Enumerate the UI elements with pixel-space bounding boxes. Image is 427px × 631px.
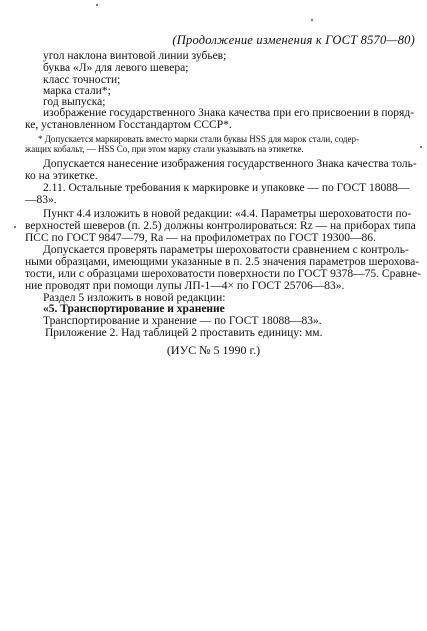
paragraph-line: Приложение 2. Над таблицей 2 проставить …	[45, 327, 322, 339]
document-page: (Продолжение изменения к ГОСТ 8570—80) у…	[0, 0, 427, 631]
paragraph-line: Допускается проверять параметры шерохова…	[43, 244, 409, 256]
paragraph-line: 2.11. Остальные требования к маркировке …	[43, 182, 409, 194]
paragraph-line: ными образцами, имеющими указанные в п. …	[25, 256, 419, 268]
footnote: * Допускается маркировать вместо марки с…	[38, 134, 359, 144]
scan-speck	[96, 4, 98, 6]
paragraph-line: Допускается нанесение изображения госуда…	[43, 158, 417, 170]
list-item: угол наклона винтовой линии зубьев;	[43, 50, 226, 62]
list-item: ке, установленном Госстандартом СССР*.	[25, 119, 232, 131]
list-item: изображение государственного Знака качес…	[43, 107, 414, 119]
source-reference: (ИУС № 5 1990 г.)	[0, 344, 427, 356]
section-heading: «5. Транспортирование и хранение	[43, 303, 225, 315]
scan-speck	[14, 226, 16, 228]
paragraph-line: ко на этикетке.	[25, 170, 98, 182]
paragraph-line: Пункт 4.4 изложить в новой редакции: «4.…	[43, 208, 411, 220]
paragraph-line: верхностей шеверов (п. 2.5) должны контр…	[25, 220, 416, 232]
list-item: буква «Л» для левого шевера;	[43, 62, 188, 74]
footnote: жащих кобальт, — HSS Co, при этом марку …	[25, 144, 304, 154]
paragraph-line: —83».	[25, 194, 57, 206]
paragraph-line: ние проводят при помощи лупы ЛП-1—4× по …	[25, 280, 344, 292]
paragraph-line: тости, или с образцами шероховатости пов…	[25, 268, 421, 280]
page-header: (Продолжение изменения к ГОСТ 8570—80)	[172, 33, 415, 48]
paragraph-line: Транспортирование и хранение — по ГОСТ 1…	[43, 315, 322, 327]
scan-speck	[311, 19, 313, 21]
scan-speck	[420, 146, 422, 148]
paragraph-line: ПСС по ГОСТ 9847—79, Ra — на профилометр…	[25, 232, 376, 244]
